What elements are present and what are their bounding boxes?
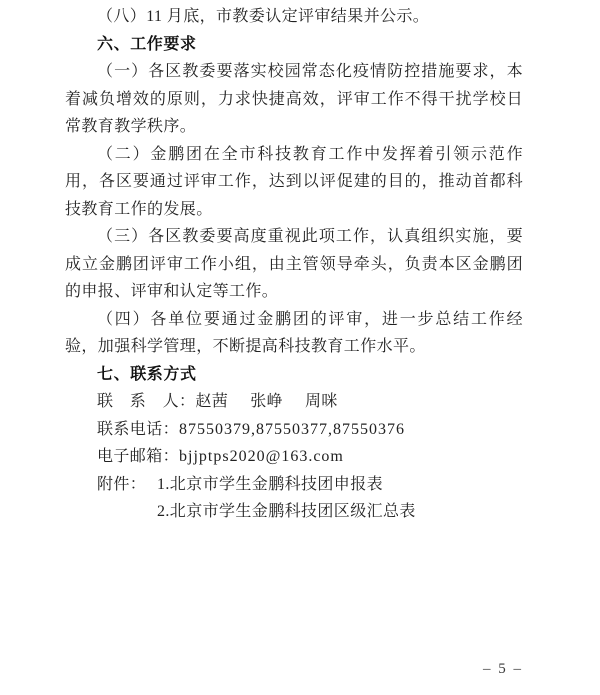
contact-person-label: 联 系 人： [97,393,195,410]
contact-email-address: bjjptps2020@163.com [179,448,344,465]
contact-phone-numbers: 87550379,87550377,87550376 [179,421,405,438]
paragraph-requirement-1: （一）各区教委要落实校园常态化疫情防控措施要求，本着减负增效的原则，力求快捷高效… [65,58,523,141]
section-heading-seven-contact-info: 七、联系方式 [65,361,523,389]
paragraph-requirement-4: （四）各单位要通过金鹏团的评审，进一步总结工作经验，加强科学管理，不断提高科技教… [65,306,523,361]
section-heading-six-work-requirements: 六、工作要求 [65,31,523,59]
contact-person-name: 周咪 [305,393,338,410]
attachments-label: 附件： [97,471,157,499]
attachments-line-2: 2.北京市学生金鹏科技团区级汇总表 [65,498,523,526]
contact-person-name: 赵茜 [195,393,228,410]
page-number: – 5 – [483,660,523,678]
document-page: （八）11 月底，市教委认定评审结果并公示。 六、工作要求 （一）各区教委要落实… [0,0,600,695]
contact-phone-label: 联系电话： [97,421,179,438]
contact-phone-line: 联系电话：87550379,87550377,87550376 [65,416,523,444]
attachments-line-1: 附件：1.北京市学生金鹏科技团申报表 [65,471,523,499]
contact-person-line: 联 系 人：赵茜张峥周咪 [65,388,523,416]
paragraph-requirement-2: （二）金鹏团在全市科技教育工作中发挥着引领示范作用，各区要通过评审工作，达到以评… [65,141,523,224]
contact-email-line: 电子邮箱：bjjptps2020@163.com [65,443,523,471]
attachment-item-2: 2.北京市学生金鹏科技团区级汇总表 [157,503,416,520]
attachment-item-1: 1.北京市学生金鹏科技团申报表 [157,476,383,493]
contact-person-name: 张峥 [250,393,283,410]
contact-email-label: 电子邮箱： [97,448,179,465]
paragraph-requirement-3: （三）各区教委要高度重视此项工作，认真组织实施，要成立金鹏团评审工作小组，由主管… [65,223,523,306]
paragraph-item-eight: （八）11 月底，市教委认定评审结果并公示。 [65,3,523,31]
